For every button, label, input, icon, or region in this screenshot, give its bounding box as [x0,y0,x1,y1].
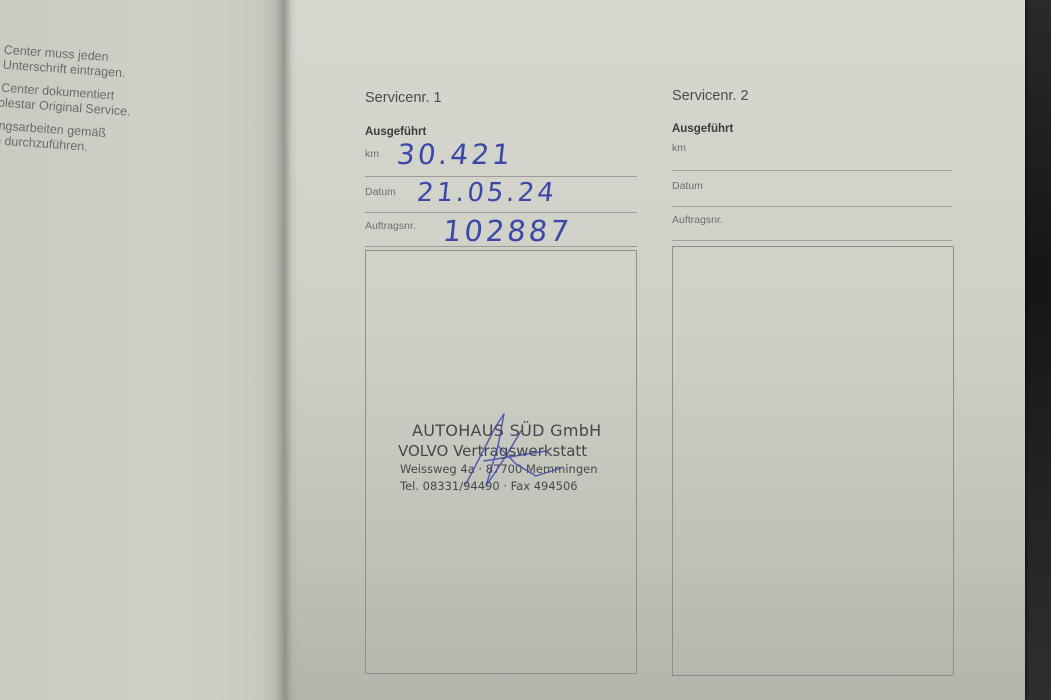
auftrag-field[interactable]: Auftragsnr. 102887 [365,212,637,247]
service-subhead: Ausgeführt [365,126,426,138]
km-field[interactable]: km 30.421 [365,142,637,177]
intro-paragraph-3: tungsarbeiten gemäß en durchzuführen. [0,118,218,164]
auftrag-label: Auftragsnr. [672,214,723,226]
km-value: 30.421 [395,138,514,171]
page-gutter [276,0,298,700]
service-subhead: Ausgeführt [672,123,733,135]
intro-text: e Center muss jeden d Unterschrift eintr… [0,42,223,172]
service-title: Servicenr. 2 [672,88,749,104]
signature-icon [426,406,576,496]
auftrag-field[interactable]: Auftragsnr. [672,206,952,241]
auftrag-value: 102887 [441,214,573,248]
datum-field[interactable]: Datum 21.05.24 [365,178,637,213]
km-label: km [672,142,686,154]
km-label: km [365,148,379,160]
auftrag-label: Auftragsnr. [365,220,416,232]
left-page: e Center muss jeden d Unterschrift eintr… [0,0,285,700]
intro-paragraph-2: e Center dokumentiert Polestar Original … [0,80,221,126]
datum-label: Datum [672,180,703,192]
stamp-box: AUTOHAUS SÜD GmbH VOLVO Vertragswerkstat… [365,250,637,674]
stamp-box [672,246,954,676]
datum-label: Datum [365,186,396,198]
km-field[interactable]: km [672,136,952,171]
right-page: Servicenr. 1 Ausgeführt km 30.421 Datum … [285,0,1025,700]
service-title: Servicenr. 1 [365,90,442,106]
datum-field[interactable]: Datum [672,172,952,207]
intro-paragraph-1: e Center muss jeden d Unterschrift eintr… [0,42,223,88]
datum-value: 21.05.24 [415,178,558,208]
